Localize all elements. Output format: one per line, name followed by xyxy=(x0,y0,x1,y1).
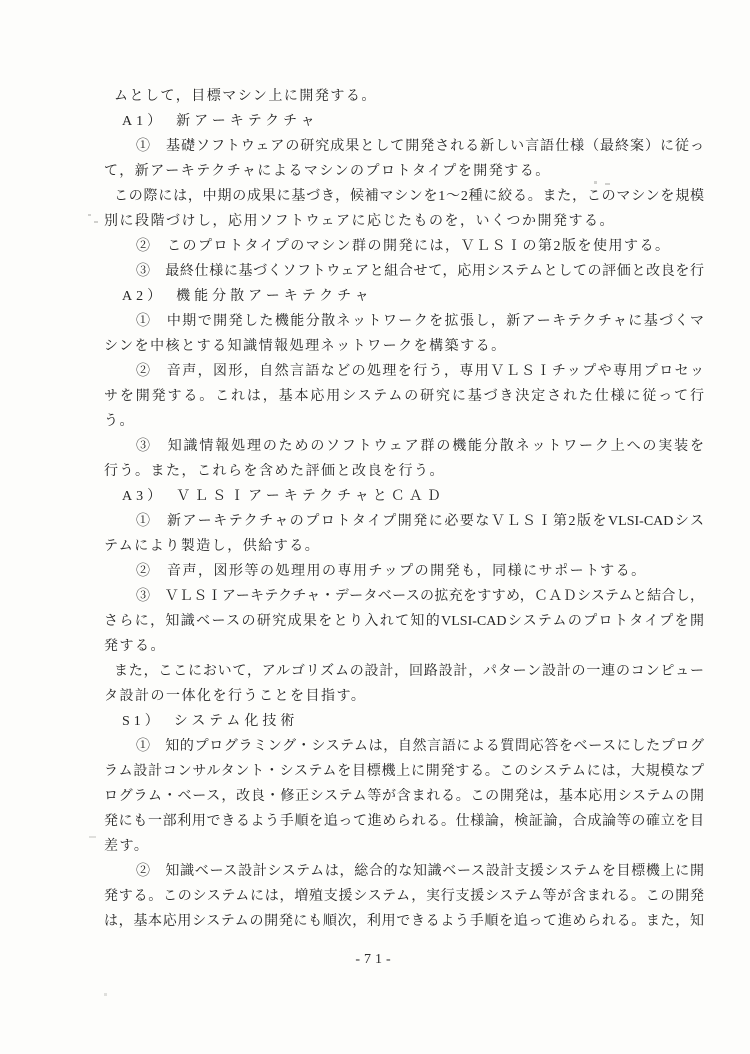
text-line: ③ 最終仕様に基づくソフトウェアと組合せて，応用システムとしての評価と改良を行う… xyxy=(104,259,704,284)
text-line: さらに，知識ベースの研究成果をとり入れて知的VLSI-CADシステムのプロトタイ… xyxy=(104,609,704,634)
text-line: 別に段階づけし，応用ソフトウェアに応じたものを，いくつか開発する。 xyxy=(104,209,704,234)
text-line: 発する。このシステムには，増殖支援システム，実行支援システム等が含まれる。この開… xyxy=(104,884,704,909)
text-line: ① 新アーキテクチャのプロトタイプ開発に必要なＶＬＳＩ第2版をVLSI-CADシ… xyxy=(104,509,704,534)
text-line: ② 知識ベース設計システムは，総合的な知識ベース設計支援システムを目標機上に開 xyxy=(104,859,704,884)
scan-speck xyxy=(94,221,98,223)
text-line: ラム設計コンサルタント・システムを目標機上に開発する。このシステムには，大規模な… xyxy=(104,759,704,784)
text-line: は，基本応用システムの開発にも順次，利用できるよう手順を追って進められる。また，… xyxy=(104,909,704,934)
scan-speck xyxy=(594,181,597,184)
text-line: ② このプロトタイプのマシン群の開発には，ＶＬＳＩの第2版を使用する。 xyxy=(104,234,704,259)
text-line: ① 基礎ソフトウェアの研究成果として開発される新しい言語仕様（最終案）に従っ xyxy=(104,134,704,159)
text-line: A1） 新アーキテクチャ xyxy=(104,109,704,134)
text-line: ③ ＶＬＳＩアーキテクチャ・データベースの拡充をすすめ，ＣＡＤシステムと結合し， xyxy=(104,584,704,609)
text-line: 行う。また，これらを含めた評価と改良を行う。 xyxy=(104,459,704,484)
text-line: て，新アーキテクチャによるマシンのプロトタイプを開発する。 xyxy=(104,159,704,184)
scan-speck xyxy=(89,836,96,838)
scan-speck xyxy=(88,214,91,216)
text-line: ムとして，目標マシン上に開発する。 xyxy=(104,84,704,109)
text-line: サを開発する。これは，基本応用システムの研究に基づき決定された仕様に従って行 xyxy=(104,384,704,409)
scan-speck xyxy=(104,993,107,996)
text-line: 発する。 xyxy=(104,634,704,659)
scan-speck xyxy=(605,183,610,185)
text-line: シンを中核とする知識情報処理ネットワークを構築する。 xyxy=(104,334,704,359)
text-line: A3） ＶＬＳＩアーキテクチャとＣＡＤ xyxy=(104,484,704,509)
text-line: テムにより製造し，供給する。 xyxy=(104,534,704,559)
text-line: S1） システム化技術 xyxy=(104,709,704,734)
text-line: また，ここにおいて，アルゴリズムの設計，回路設計，パターン設計の一連のコンピュー xyxy=(104,659,704,684)
text-line: 差す。 xyxy=(104,834,704,859)
text-line: タ設計の一体化を行うことを目指す。 xyxy=(104,684,704,709)
text-line: 発にも一部利用できるよう手順を追って進められる。仕様論，検証論，合成論等の確立を… xyxy=(104,809,704,834)
scanned-document-page: ムとして，目標マシン上に開発する。A1） 新アーキテクチャ① 基礎ソフトウェアの… xyxy=(0,0,750,1054)
text-line: ログラム・ベース，改良・修正システム等が含まれる。この開発は，基本応用システムの… xyxy=(104,784,704,809)
text-line: ① 中期で開発した機能分散ネットワークを拡張し，新アーキテクチャに基づくマ xyxy=(104,309,704,334)
document-text-block: ムとして，目標マシン上に開発する。A1） 新アーキテクチャ① 基礎ソフトウェアの… xyxy=(104,84,704,934)
text-line: ② 音声，図形，自然言語などの処理を行う，専用ＶＬＳＩチップや専用プロセッ xyxy=(104,359,704,384)
text-line: A2） 機能分散アーキテクチャ xyxy=(104,284,704,309)
page-number: -71- xyxy=(0,952,750,968)
text-line: ③ 知識情報処理のためのソフトウェア群の機能分散ネットワーク上への実装を xyxy=(104,434,704,459)
text-line: ② 音声，図形等の処理用の専用チップの開発も，同様にサポートする。 xyxy=(104,559,704,584)
text-line: この際には，中期の成果に基づき，候補マシンを1～2種に絞る。また，このマシンを規… xyxy=(104,184,704,209)
text-line: ① 知的プログラミング・システムは，自然言語による質問応答をベースにしたプログ xyxy=(104,734,704,759)
text-line: う。 xyxy=(104,409,704,434)
